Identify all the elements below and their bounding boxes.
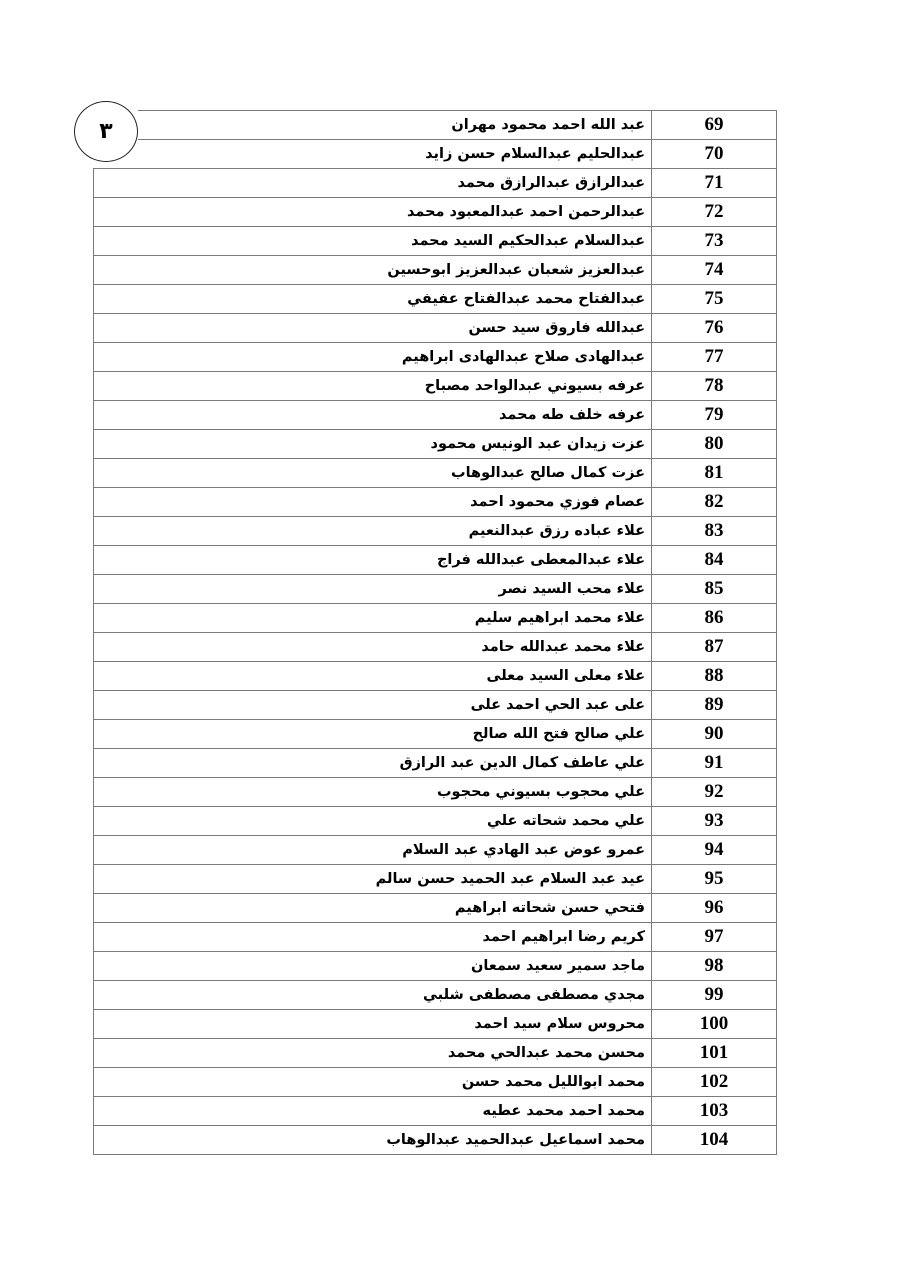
name-cell: محمد اسماعيل عبدالحميد عبدالوهاب [94,1126,652,1155]
table-row: فتحي حسن شحاته ابراهيم96 [94,894,777,923]
name-cell: عرفه خلف طه محمد [94,401,652,430]
name-cell: عبدالله فاروق سيد حسن [94,314,652,343]
serial-number-cell: 83 [652,517,777,546]
name-cell: عبدالسلام عبدالحكيم السيد محمد [94,227,652,256]
table-row: عزت كمال صالح عبدالوهاب81 [94,459,777,488]
name-cell: علي عاطف كمال الدين عبد الرازق [94,749,652,778]
serial-number-cell: 85 [652,575,777,604]
name-cell: عبدالحليم عبدالسلام حسن زايد [94,140,652,169]
serial-number-cell: 98 [652,952,777,981]
serial-number-cell: 76 [652,314,777,343]
serial-number-cell: 104 [652,1126,777,1155]
table-row: علاء عبدالمعطى عبدالله فراج84 [94,546,777,575]
name-cell: فتحي حسن شحاته ابراهيم [94,894,652,923]
table-row: علاء محب السيد نصر85 [94,575,777,604]
names-table-body: عبد الله احمد محمود مهران69عبدالحليم عبد… [94,111,777,1155]
table-row: عبدالرحمن احمد عبدالمعبود محمد72 [94,198,777,227]
serial-number-cell: 80 [652,430,777,459]
table-row: ماجد سمير سعيد سمعان98 [94,952,777,981]
name-cell: محمد ابوالليل محمد حسن [94,1068,652,1097]
name-cell: محمد احمد محمد عطيه [94,1097,652,1126]
serial-number-cell: 96 [652,894,777,923]
serial-number-cell: 79 [652,401,777,430]
name-cell: علي محجوب بسيوني محجوب [94,778,652,807]
serial-number-cell: 91 [652,749,777,778]
table-row: علي محجوب بسيوني محجوب92 [94,778,777,807]
table-row: علاء محمد ابراهيم سليم86 [94,604,777,633]
serial-number-cell: 102 [652,1068,777,1097]
name-cell: محروس سلام سيد احمد [94,1010,652,1039]
table-row: محمد احمد محمد عطيه103 [94,1097,777,1126]
name-cell: عرفه بسيوني عبدالواحد مصباح [94,372,652,401]
serial-number-cell: 103 [652,1097,777,1126]
table-row: عبدالله فاروق سيد حسن76 [94,314,777,343]
name-cell: عبدالهادى صلاح عبدالهادى ابراهيم [94,343,652,372]
table-row: عبدالرازق عبدالرازق محمد71 [94,169,777,198]
table-row: علاء معلى السيد معلى88 [94,662,777,691]
name-cell: علاء محمد ابراهيم سليم [94,604,652,633]
name-cell: عبدالرازق عبدالرازق محمد [94,169,652,198]
table-row: عمرو عوض عبد الهادي عبد السلام94 [94,836,777,865]
name-cell: عزت زيدان عبد الونيس محمود [94,430,652,459]
name-cell: عمرو عوض عبد الهادي عبد السلام [94,836,652,865]
serial-number-cell: 101 [652,1039,777,1068]
table-row: عبد الله احمد محمود مهران69 [94,111,777,140]
serial-number-cell: 74 [652,256,777,285]
table-row: علاء محمد عبدالله حامد87 [94,633,777,662]
serial-number-cell: 86 [652,604,777,633]
table-row: كريم رضا ابراهيم احمد97 [94,923,777,952]
table-row: علي محمد شحاته علي93 [94,807,777,836]
name-cell: عزت كمال صالح عبدالوهاب [94,459,652,488]
serial-number-cell: 100 [652,1010,777,1039]
table-row: علاء عباده رزق عبدالنعيم83 [94,517,777,546]
table-row: عصام فوزي محمود احمد82 [94,488,777,517]
serial-number-cell: 97 [652,923,777,952]
serial-number-cell: 99 [652,981,777,1010]
serial-number-cell: 70 [652,140,777,169]
serial-number-cell: 78 [652,372,777,401]
name-cell: ماجد سمير سعيد سمعان [94,952,652,981]
table-row: عزت زيدان عبد الونيس محمود80 [94,430,777,459]
serial-number-cell: 81 [652,459,777,488]
serial-number-cell: 73 [652,227,777,256]
table-row: عرفه بسيوني عبدالواحد مصباح78 [94,372,777,401]
name-cell: علاء عباده رزق عبدالنعيم [94,517,652,546]
name-cell: علاء محمد عبدالله حامد [94,633,652,662]
name-cell: كريم رضا ابراهيم احمد [94,923,652,952]
name-cell: عبدالفتاح محمد عبدالفتاح عفيفي [94,285,652,314]
names-table: عبد الله احمد محمود مهران69عبدالحليم عبد… [93,110,777,1155]
name-cell: عصام فوزي محمود احمد [94,488,652,517]
serial-number-cell: 89 [652,691,777,720]
table-row: عيد عبد السلام عبد الحميد حسن سالم95 [94,865,777,894]
serial-number-cell: 71 [652,169,777,198]
table-row: علي عاطف كمال الدين عبد الرازق91 [94,749,777,778]
table-row: عبدالفتاح محمد عبدالفتاح عفيفي75 [94,285,777,314]
table-row: محمد اسماعيل عبدالحميد عبدالوهاب104 [94,1126,777,1155]
name-cell: علي صالح فتح الله صالح [94,720,652,749]
serial-number-cell: 69 [652,111,777,140]
serial-number-cell: 88 [652,662,777,691]
table-row: علي صالح فتح الله صالح90 [94,720,777,749]
name-cell: علاء عبدالمعطى عبدالله فراج [94,546,652,575]
name-cell: على عبد الحي احمد على [94,691,652,720]
serial-number-cell: 77 [652,343,777,372]
name-cell: عيد عبد السلام عبد الحميد حسن سالم [94,865,652,894]
serial-number-cell: 93 [652,807,777,836]
serial-number-cell: 87 [652,633,777,662]
table-row: عبدالهادى صلاح عبدالهادى ابراهيم77 [94,343,777,372]
table-row: محسن محمد عبدالحي محمد101 [94,1039,777,1068]
serial-number-cell: 95 [652,865,777,894]
table-row: محمد ابوالليل محمد حسن102 [94,1068,777,1097]
table-row: على عبد الحي احمد على89 [94,691,777,720]
serial-number-cell: 90 [652,720,777,749]
table-row: عرفه خلف طه محمد79 [94,401,777,430]
table-row: محروس سلام سيد احمد100 [94,1010,777,1039]
name-cell: مجدي مصطفى مصطفى شلبي [94,981,652,1010]
table-row: عبدالعزيز شعبان عبدالعزيز ابوحسين74 [94,256,777,285]
document-page: ٣ عبد الله احمد محمود مهران69عبدالحليم ع… [0,0,905,1280]
page-number-badge: ٣ [74,101,138,162]
table-row: عبدالحليم عبدالسلام حسن زايد70 [94,140,777,169]
table-row: عبدالسلام عبدالحكيم السيد محمد73 [94,227,777,256]
serial-number-cell: 82 [652,488,777,517]
name-cell: علاء محب السيد نصر [94,575,652,604]
name-cell: عبدالعزيز شعبان عبدالعزيز ابوحسين [94,256,652,285]
name-cell: عبد الله احمد محمود مهران [94,111,652,140]
name-cell: عبدالرحمن احمد عبدالمعبود محمد [94,198,652,227]
name-cell: علي محمد شحاته علي [94,807,652,836]
name-cell: محسن محمد عبدالحي محمد [94,1039,652,1068]
serial-number-cell: 75 [652,285,777,314]
serial-number-cell: 72 [652,198,777,227]
serial-number-cell: 94 [652,836,777,865]
name-cell: علاء معلى السيد معلى [94,662,652,691]
serial-number-cell: 92 [652,778,777,807]
table-row: مجدي مصطفى مصطفى شلبي99 [94,981,777,1010]
serial-number-cell: 84 [652,546,777,575]
